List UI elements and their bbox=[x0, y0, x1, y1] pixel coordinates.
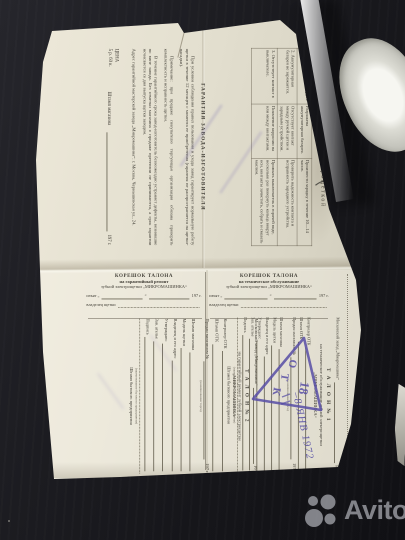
otk-letter: Т bbox=[278, 372, 291, 382]
guarantee-paragraph: В течение гарантийного срока завод-изгот… bbox=[141, 49, 158, 246]
stub-date-line: изъят „ “ 197 г. bbox=[86, 294, 201, 299]
field-label: Владелец и его адрес bbox=[172, 319, 177, 359]
blank-line bbox=[172, 361, 176, 472]
dust-speck bbox=[10, 304, 14, 308]
stub-year: 197 г. bbox=[319, 294, 329, 299]
stub-product: зубной электрощетки „МИКРОМАШИНКА“ bbox=[209, 284, 329, 289]
field-row: Владелец и его адрес bbox=[172, 319, 177, 474]
blank-line bbox=[274, 295, 317, 299]
field-label: Зав. ателье bbox=[153, 319, 158, 339]
field-row: Утверждаю: bbox=[162, 319, 167, 474]
footer-stamp-label: Штамп бытового предприятия bbox=[225, 317, 230, 472]
table-cell: 3. Отсутствует контакт в выключателе. bbox=[252, 48, 278, 104]
stub-maintenance: КОРЕШОК ТАЛОНА на техническое обслуживан… bbox=[209, 273, 329, 318]
price-label: ЦЕНА bbox=[112, 49, 119, 67]
table-row: 3. Отсутствует контакт в выключателе. По… bbox=[252, 48, 278, 245]
blank-line bbox=[181, 348, 185, 471]
table-cell: Отсутствует контакт между ручкой щетки и… bbox=[277, 104, 297, 158]
signature-line bbox=[107, 133, 112, 232]
photo-stage: Уход за зубной электрощеткой 1. Щетка сл… bbox=[0, 0, 405, 540]
stub-warranty-repair: КОРЕШОК ТАЛОНА на гарантийный ремонт зуб… bbox=[86, 273, 201, 318]
dust-speck bbox=[30, 118, 32, 120]
avito-watermark: Avito bbox=[303, 492, 405, 528]
stub-date-quote: “ bbox=[270, 294, 272, 299]
year-line: 197 г. bbox=[106, 235, 112, 246]
avito-watermark-text: Avito bbox=[344, 495, 405, 526]
field-label: Модель щетки bbox=[181, 319, 186, 346]
blank-line bbox=[224, 295, 267, 299]
price-block: ЦЕНА 5 р. 60 к. bbox=[106, 49, 119, 67]
guarantee-note: Примечание: при продаже покупателю торгу… bbox=[163, 49, 174, 246]
field-row: Штамп магазина bbox=[190, 319, 195, 474]
field-row: Модель щетки bbox=[181, 319, 186, 474]
stub-owner-label: владелец щетки bbox=[86, 303, 115, 308]
stub-owner-line: владелец щетки bbox=[86, 303, 201, 308]
table-cell: Произвести зарядку в течение 10—14 часов… bbox=[297, 158, 312, 246]
stub-date-prefix: изъят „ bbox=[86, 294, 99, 299]
table-cell: Проверить надежность контакта и исправно… bbox=[277, 158, 297, 246]
otk-triangle-stamp: О Т К 18 –8 ЯНВ 1972 bbox=[235, 325, 355, 475]
shop-stamp-label: Штамп магазина bbox=[106, 92, 112, 126]
stub-date-quote: “ bbox=[145, 294, 147, 299]
care-page: Уход за зубной электрощеткой 1. Щетка сл… bbox=[30, 30, 331, 265]
blank-line bbox=[118, 304, 200, 308]
crumpled-paper-sliver bbox=[394, 384, 405, 466]
stub-owner-label: владелец щетки bbox=[209, 303, 238, 308]
field-label: Штамп магазина bbox=[190, 319, 195, 351]
blank-line bbox=[190, 352, 194, 471]
otk-letter: О bbox=[285, 358, 298, 369]
price-value: 5 р. 60 к. bbox=[106, 49, 113, 67]
price-row: ЦЕНА 5 р. 60 к. Штамп магазина 197 г. bbox=[106, 49, 119, 246]
stub-date-line: изъят „ “ 197 г. bbox=[209, 294, 329, 299]
dust-speck bbox=[8, 520, 10, 522]
stub-date-prefix: изъят „ bbox=[209, 294, 222, 299]
handwritten-date: –8 ЯНВ 1972 bbox=[290, 390, 315, 460]
blank-line bbox=[102, 295, 143, 299]
stub-owner-line: владелец щетки bbox=[209, 303, 329, 308]
service-address: Адрес гарантийной мастерской завода „Мик… bbox=[131, 49, 137, 246]
table-cell: Промыть выключатель в горячей воде, неск… bbox=[252, 158, 278, 246]
table-row: 2. Аккумуляторная батарея не заряжается.… bbox=[277, 48, 297, 245]
field-label: Утверждаю: bbox=[162, 319, 167, 342]
table-cell: 2. Аккумуляторная батарея не заряжается. bbox=[277, 48, 297, 104]
blank-line bbox=[149, 295, 190, 299]
field-label: Подпись bbox=[144, 319, 149, 335]
blank-line bbox=[241, 304, 327, 308]
otk-letter: К bbox=[270, 386, 283, 396]
torg-note: (наименование торга) bbox=[199, 319, 203, 474]
blank-line bbox=[204, 361, 208, 459]
stub-year: 197 г. bbox=[192, 294, 202, 299]
avito-logo-icon bbox=[303, 492, 339, 528]
stub-product: зубной электрощетки „МИКРОМАШИНКА“ bbox=[86, 284, 201, 289]
